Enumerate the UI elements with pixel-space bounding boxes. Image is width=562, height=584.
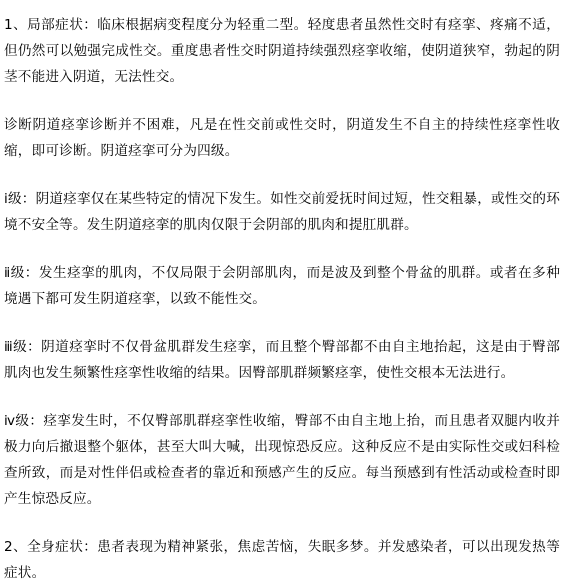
paragraph-grade-3: ⅲ级：阴道痉挛时不仅骨盆肌群发生痉挛，而且整个臀部都不由自主地抬起，这是由于臀部…: [4, 334, 560, 386]
paragraph-diagnosis: 诊断阴道痉挛诊断并不困难，凡是在性交前或性交时，阴道发生不自主的持续性痉挛性收缩…: [4, 112, 560, 164]
article-body: 1、局部症状：临床根据病变程度分为轻重二型。轻度患者虽然性交时有痉挛、疼痛不适，…: [0, 0, 560, 584]
paragraph-grade-2: ⅱ级：发生痉挛的肌肉，不仅局限于会阴部肌肉，而是波及到整个骨盆的肌群。或者在多种…: [4, 260, 560, 312]
paragraph-systemic-symptoms: 2、全身症状：患者表现为精神紧张，焦虑苦恼，失眠多梦。并发感染者，可以出现发热等…: [4, 534, 560, 584]
paragraph-local-symptoms: 1、局部症状：临床根据病变程度分为轻重二型。轻度患者虽然性交时有痉挛、疼痛不适，…: [4, 12, 560, 90]
paragraph-grade-4: ⅳ级：痉挛发生时，不仅臀部肌群痉挛性收缩，臀部不由自主地上抬，而且患者双腿内收并…: [4, 408, 560, 512]
paragraph-grade-1: ⅰ级：阴道痉挛仅在某些特定的情况下发生。如性交前爱抚时间过短，性交粗暴，或性交的…: [4, 186, 560, 238]
